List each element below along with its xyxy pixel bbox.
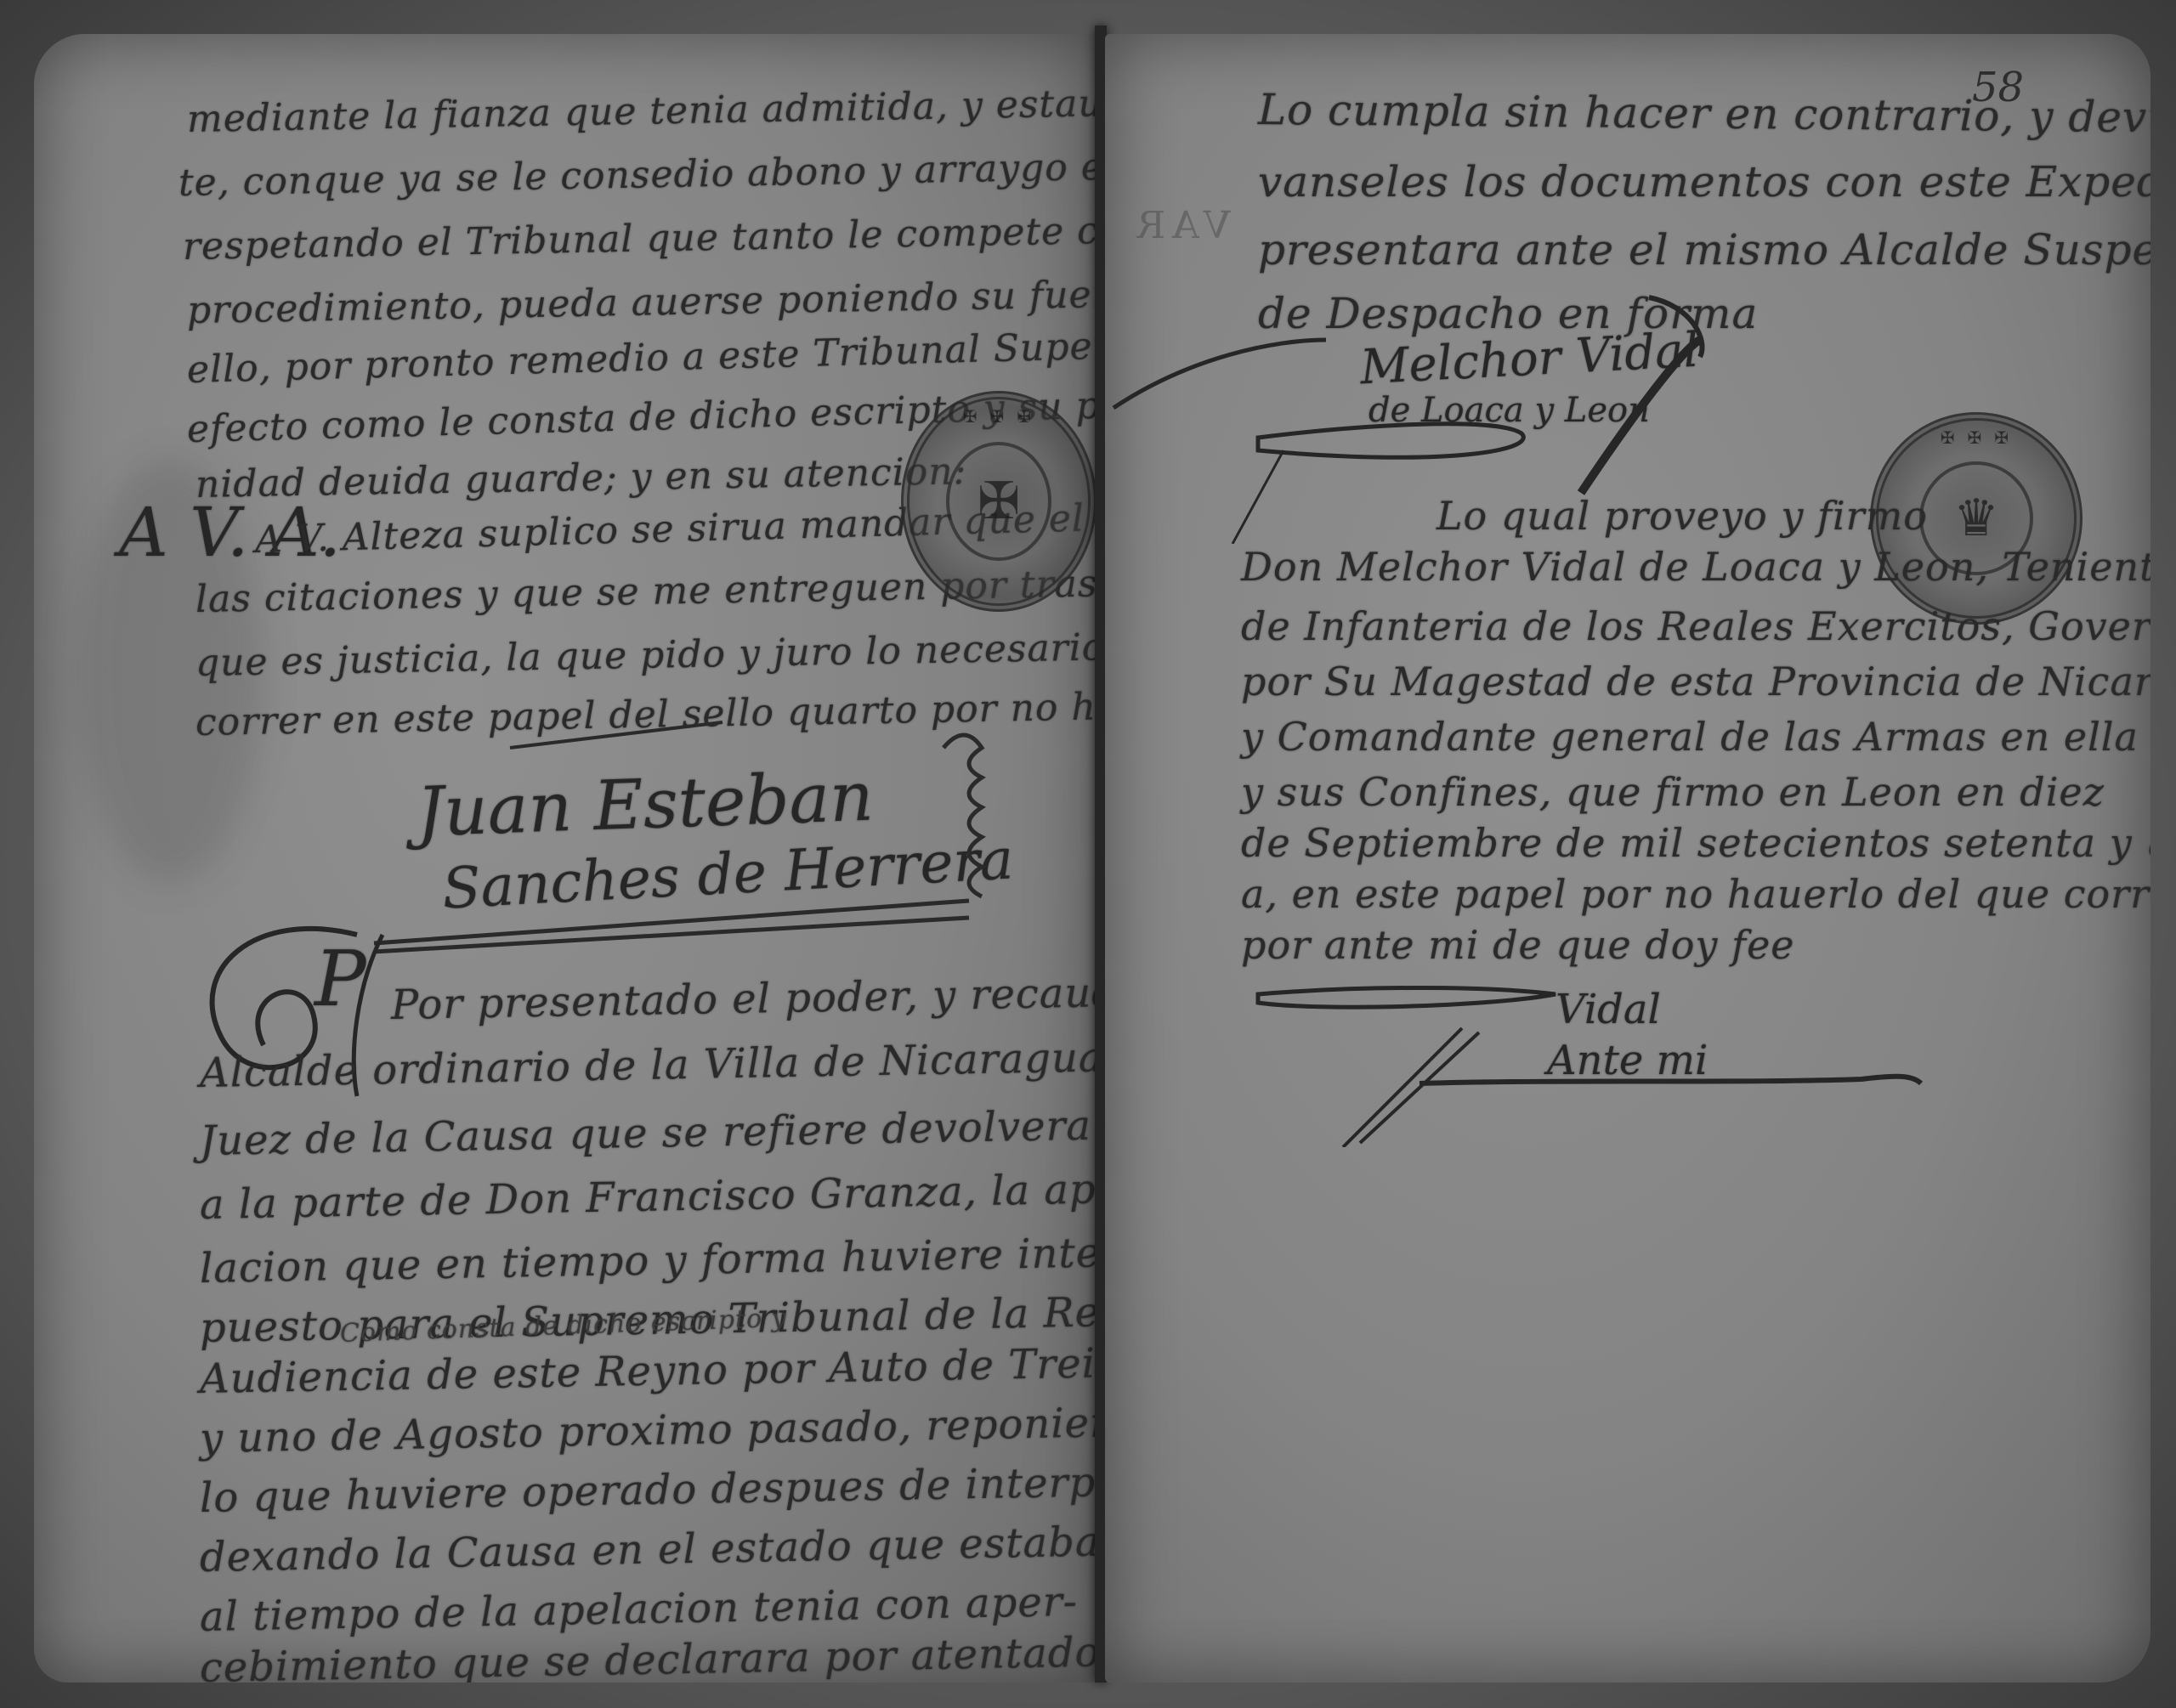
attestation-line-5: y Comandante general de las Armas en ell… <box>1241 714 2139 760</box>
decree-line-3: Juez de la Causa que se refiere devolver… <box>200 1100 1096 1165</box>
attestation-line-7: de Septiembre de mil setecientos setenta… <box>1241 820 2150 866</box>
attestation-line-3: de Infanteria de los Reales Exercitos, G… <box>1241 603 2150 649</box>
decree-line-8: y uno de Agosto proximo pasado, reponien… <box>200 1396 1096 1462</box>
right-signature-1-line-2: de Loaca y Leon <box>1368 391 1650 430</box>
right-line-3: presentara ante el mismo Alcalde Suspens… <box>1258 225 2150 274</box>
decree-initial: P <box>314 935 366 1024</box>
bleed-through-text: VAR <box>1130 204 1231 247</box>
left-line-4: procedimiento, pueda auerse poniendo su … <box>187 267 1096 332</box>
left-page: mediante la fianza que tenia admitida, y… <box>34 34 1096 1683</box>
left-line-1: mediante la fianza que tenia admitida, y… <box>187 76 1096 141</box>
seal-ring-text: ✠ ✠ ✠ <box>1878 427 2074 448</box>
attestation-line-9: por ante mi de que doy fee <box>1241 922 1795 968</box>
left-seal: ✠ ✠ ✠ ✠ <box>901 391 1096 612</box>
right-signature-2-line-1: Vidal <box>1555 986 1661 1033</box>
decree-line-4: a la parte de Don Francisco Granza, la a… <box>200 1165 1096 1229</box>
attestation-line-6: y sus Confines, que firmo en Leon en die… <box>1241 769 2105 815</box>
left-line-3: respetando el Tribunal que tanto le comp… <box>183 202 1096 269</box>
right-line-1: Lo cumpla sin hacer en contrario, y devu… <box>1258 85 2150 143</box>
seal-cross-icon: ✠ <box>946 442 1051 561</box>
right-signature-2-line-2: Ante mi <box>1547 1037 1708 1084</box>
decree-line-9: lo que huviere operado despues de interp… <box>200 1456 1096 1522</box>
decree-line-2: Alcalde ordinario de la Villa de Nicarag… <box>200 1033 1096 1097</box>
seal-ring-text: ✠ ✠ ✠ <box>909 406 1088 427</box>
attestation-line-2: Don Melchor Vidal de Loaca y Leon, Tenie… <box>1241 544 2150 590</box>
decree-line-10: dexando la Causa en el estado que estaba… <box>200 1518 1096 1581</box>
petition-line-4: correr en este papel del sello quarto po… <box>195 679 1096 744</box>
right-page: 58 VAR Lo cumpla sin hacer en contrario,… <box>1105 34 2150 1683</box>
attestation-line-1: Lo qual proveyo y firmo <box>1436 493 1928 539</box>
attestation-line-4: por Su Magestad de esta Provincia de Nic… <box>1241 659 2150 704</box>
attestation-line-8: a, en este papel por no hauerlo del que … <box>1241 871 2150 917</box>
petition-line-3: que es justicia, la que pido y juro lo n… <box>195 621 1096 685</box>
left-line-2: te, conque ya se le consedio abono y arr… <box>178 135 1096 205</box>
decree-line-1: Por presentado el poder, y recaudos: El <box>391 967 1096 1029</box>
right-line-2: vanseles los documentos con este Expedie… <box>1258 157 2150 206</box>
decree-line-5: lacion que en tiempo y forma huviere int… <box>200 1228 1096 1292</box>
